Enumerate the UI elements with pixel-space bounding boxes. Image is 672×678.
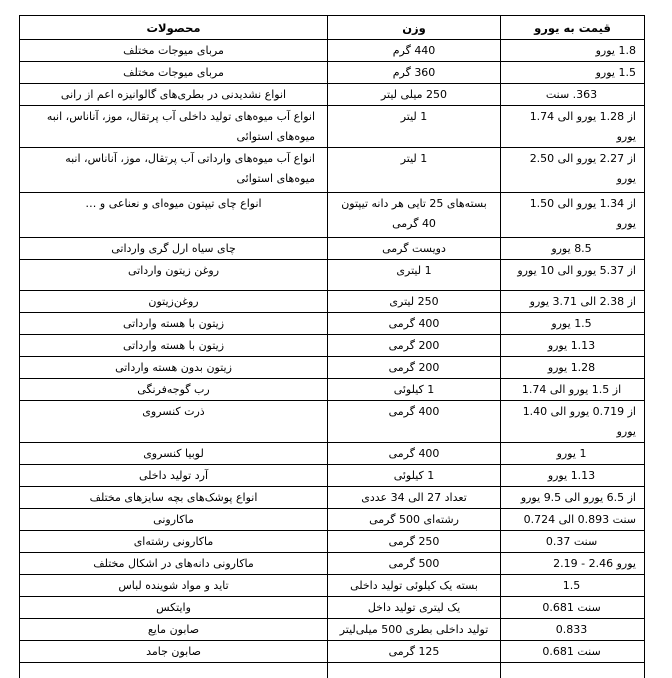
table-row: سنت 0.893 الی 0.724 رشته‌ای 500 گرمی ماک… — [20, 509, 645, 531]
price-cell: از 2.27 یورو الی 2.50 یورو — [501, 148, 645, 193]
price-cell: سنت 0.681 — [501, 641, 645, 663]
price-cell: 1.28 یورو — [501, 357, 645, 379]
table-row: از 1.28 یورو الی 1.74 یورو 1 لیتر انواع … — [20, 106, 645, 148]
weight-cell: 250 میلی لیتر — [328, 84, 501, 106]
table-row: 8.5 یورو دویست گرمی چای سیاه ارل گری وار… — [20, 238, 645, 260]
weight-cell: 250 لیتری — [328, 291, 501, 313]
weight-cell: 200 گرمی — [328, 335, 501, 357]
weight-cell — [328, 663, 501, 678]
table-row: از 6.5 یورو الی 9.5 یورو تعداد 27 الی 34… — [20, 487, 645, 509]
table-row: 1.5 یورو 400 گرمی زیتون با هسته وارداتی — [20, 313, 645, 335]
product-cell: انواع پوشک‌های بچه سایزهای مختلف — [20, 487, 328, 509]
header-weight: وزن — [328, 16, 501, 40]
weight-cell: رشته‌ای 500 گرمی — [328, 509, 501, 531]
table-row: از 2.38 الی 3.71 یورو 250 لیتری روغن‌زیت… — [20, 291, 645, 313]
product-cell: لوبیا کنسروی — [20, 443, 328, 465]
price-cell: از 5.37 یورو الی 10 یورو — [501, 260, 645, 291]
price-cell: سنت 0.681 — [501, 597, 645, 619]
product-cell — [20, 663, 328, 678]
price-cell: 1 یورو — [501, 443, 645, 465]
table-header-row: قیمت به یورو وزن محصولات — [20, 16, 645, 40]
price-cell: 1.5 یورو — [501, 313, 645, 335]
product-cell: ماکارونی رشته‌ای — [20, 531, 328, 553]
weight-cell: 1 کیلوئی — [328, 379, 501, 401]
table-row: 0.833 تولید داخلی بطری 500 میلی‌لیتر صاب… — [20, 619, 645, 641]
product-cell: روغن زیتون وارداتی — [20, 260, 328, 291]
price-cell: 1.13 یورو — [501, 465, 645, 487]
product-cell: انواع چای تیپتون میوه‌ای و نعناعی و … — [20, 193, 328, 238]
table-row: از 1.34 یورو الی 1.50 یورو بسته‌های 25 ت… — [20, 193, 645, 238]
price-cell: از 0.719 یورو الی 1.40 یورو — [501, 401, 645, 443]
product-cell: آرد تولید داخلی — [20, 465, 328, 487]
price-cell: 363. سنت — [501, 84, 645, 106]
product-cell: انواع آب میوه‌های تولید داخلی آب پرتقال،… — [20, 106, 328, 148]
table-row: از 1.5 یورو الی 1.74 1 کیلوئی رب گوجه‌فر… — [20, 379, 645, 401]
weight-cell: 1 کیلوئی — [328, 465, 501, 487]
product-cell: مربای میوجات مختلف — [20, 62, 328, 84]
weight-cell: 250 گرمی — [328, 531, 501, 553]
product-cell: زیتون بدون هسته وارداتی — [20, 357, 328, 379]
weight-cell: 1 لیتر — [328, 148, 501, 193]
product-cell: صابون مایع — [20, 619, 328, 641]
price-cell: یورو 2.46 - 2.19 — [501, 553, 645, 575]
weight-cell: 1 لیتر — [328, 106, 501, 148]
price-cell: از 2.38 الی 3.71 یورو — [501, 291, 645, 313]
price-cell: 1.5 — [501, 575, 645, 597]
price-cell: از 1.34 یورو الی 1.50 یورو — [501, 193, 645, 238]
table-row: 1.5 یورو 360 گرم مربای میوجات مختلف — [20, 62, 645, 84]
weight-cell: 500 گرمی — [328, 553, 501, 575]
product-cell: ماکارونی دانه‌های در اشکال مختلف — [20, 553, 328, 575]
price-cell: از 1.5 یورو الی 1.74 — [501, 379, 645, 401]
price-cell: 8.5 یورو — [501, 238, 645, 260]
weight-cell: 440 گرم — [328, 40, 501, 62]
table-row: 1.8 یورو 440 گرم مربای میوجات مختلف — [20, 40, 645, 62]
price-cell: 1.5 یورو — [501, 62, 645, 84]
table-row: از 0.719 یورو الی 1.40 یورو 400 گرمی ذرت… — [20, 401, 645, 443]
weight-cell: 400 گرمی — [328, 313, 501, 335]
product-cell: ماکارونی — [20, 509, 328, 531]
product-cell: تاید و مواد شوینده لباس — [20, 575, 328, 597]
weight-cell: یک لیتری تولید داخل — [328, 597, 501, 619]
header-product: محصولات — [20, 16, 328, 40]
table-row: از 5.37 یورو الی 10 یورو 1 لیتری روغن زی… — [20, 260, 645, 291]
table-row: 363. سنت 250 میلی لیتر انواع نشدیدنی در … — [20, 84, 645, 106]
product-cell: مربای میوجات مختلف — [20, 40, 328, 62]
price-cell: سنت 0.37 — [501, 531, 645, 553]
table-row: 1.13 یورو 1 کیلوئی آرد تولید داخلی — [20, 465, 645, 487]
weight-cell: 200 گرمی — [328, 357, 501, 379]
product-cell: انواع نشدیدنی در بطری‌های گالوانیزه اعم … — [20, 84, 328, 106]
weight-cell: تولید داخلی بطری 500 میلی‌لیتر — [328, 619, 501, 641]
product-cell: وایتکس — [20, 597, 328, 619]
header-price: قیمت به یورو — [501, 16, 645, 40]
price-cell: 1.13 یورو — [501, 335, 645, 357]
table-row-partial — [20, 663, 645, 678]
table-row: سنت 0.681 یک لیتری تولید داخل وایتکس — [20, 597, 645, 619]
product-cell: انواع آب میوه‌های وارداتی آب پرتقال، موز… — [20, 148, 328, 193]
product-cell: روغن‌زیتون — [20, 291, 328, 313]
weight-cell: 400 گرمی — [328, 401, 501, 443]
price-cell: 0.833 — [501, 619, 645, 641]
weight-cell: 360 گرم — [328, 62, 501, 84]
product-cell: ذرت کنسروی — [20, 401, 328, 443]
weight-cell: بسته‌های 25 تایی هر دانه تیپتون 40 گرمی — [328, 193, 501, 238]
product-cell: زیتون با هسته وارداتی — [20, 335, 328, 357]
price-cell: سنت 0.893 الی 0.724 — [501, 509, 645, 531]
weight-cell: 1 لیتری — [328, 260, 501, 291]
weight-cell: تعداد 27 الی 34 عددی — [328, 487, 501, 509]
table-row: سنت 0.37 250 گرمی ماکارونی رشته‌ای — [20, 531, 645, 553]
product-cell: صابون جامد — [20, 641, 328, 663]
weight-cell: 125 گرمی — [328, 641, 501, 663]
price-cell: 1.8 یورو — [501, 40, 645, 62]
table-row: سنت 0.681 125 گرمی صابون جامد — [20, 641, 645, 663]
price-table: قیمت به یورو وزن محصولات 1.8 یورو 440 گر… — [19, 15, 645, 678]
weight-cell: 400 گرمی — [328, 443, 501, 465]
table-row: 1 یورو 400 گرمی لوبیا کنسروی — [20, 443, 645, 465]
price-cell — [501, 663, 645, 678]
price-cell: از 1.28 یورو الی 1.74 یورو — [501, 106, 645, 148]
table-row: از 2.27 یورو الی 2.50 یورو 1 لیتر انواع … — [20, 148, 645, 193]
table-row: 1.28 یورو 200 گرمی زیتون بدون هسته واردا… — [20, 357, 645, 379]
price-cell: از 6.5 یورو الی 9.5 یورو — [501, 487, 645, 509]
weight-cell: بسته یک کیلوئی تولید داخلی — [328, 575, 501, 597]
table-row: یورو 2.46 - 2.19 500 گرمی ماکارونی دانه‌… — [20, 553, 645, 575]
product-cell: چای سیاه ارل گری وارداتی — [20, 238, 328, 260]
table-row: 1.5 بسته یک کیلوئی تولید داخلی تاید و مو… — [20, 575, 645, 597]
weight-cell: دویست گرمی — [328, 238, 501, 260]
product-cell: زیتون با هسته وارداتی — [20, 313, 328, 335]
product-cell: رب گوجه‌فرنگی — [20, 379, 328, 401]
table-row: 1.13 یورو 200 گرمی زیتون با هسته وارداتی — [20, 335, 645, 357]
